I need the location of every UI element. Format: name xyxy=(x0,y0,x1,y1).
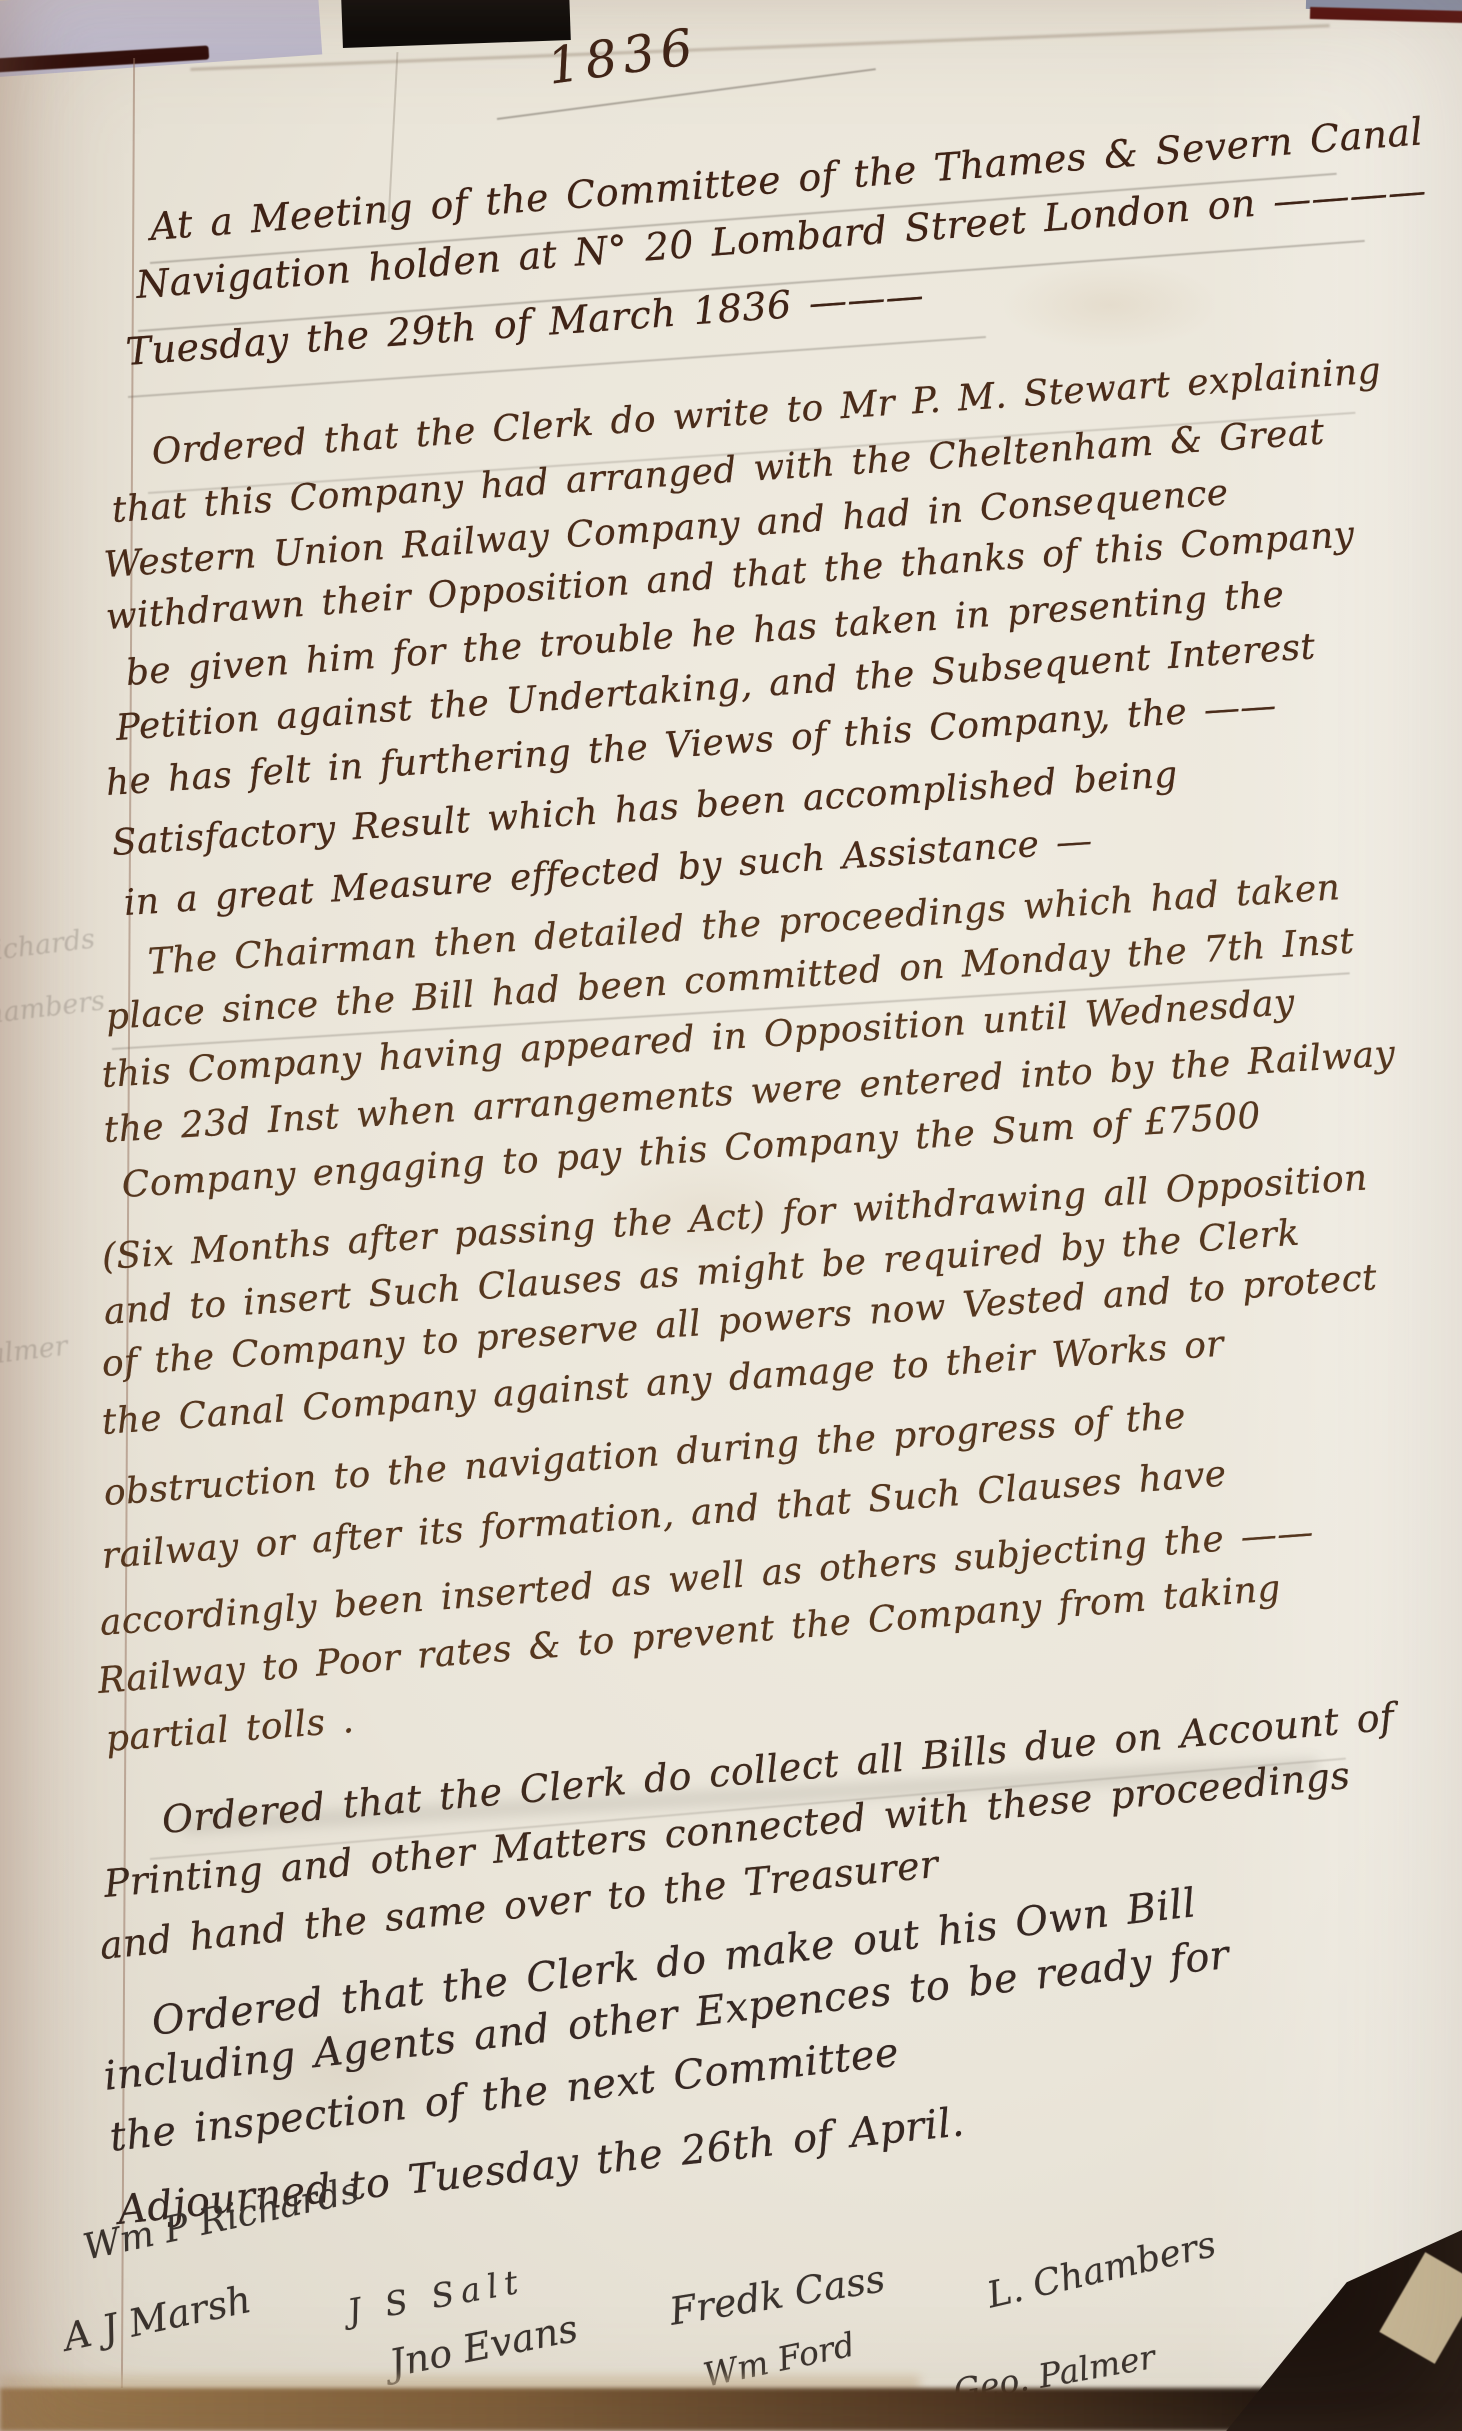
margin-note: Palmer xyxy=(0,1330,69,1372)
manuscript-line: partial tolls . xyxy=(105,1703,356,1758)
margin-note: Richards xyxy=(0,923,97,969)
signature: L. Chambers xyxy=(983,2224,1219,2316)
signature: Fredk Cass xyxy=(667,2256,888,2333)
signature: A J Marsh xyxy=(59,2277,255,2360)
manuscript-photo: Richards Chambers Palmer 1836 At a Meeti… xyxy=(0,0,1462,2431)
paper-stain xyxy=(1000,260,1220,350)
margin-note: Chambers xyxy=(0,985,107,1033)
spine-shadow-top xyxy=(341,0,571,48)
book-cover-edge-top-right xyxy=(1310,7,1462,23)
margin-rule-line xyxy=(121,58,135,2388)
